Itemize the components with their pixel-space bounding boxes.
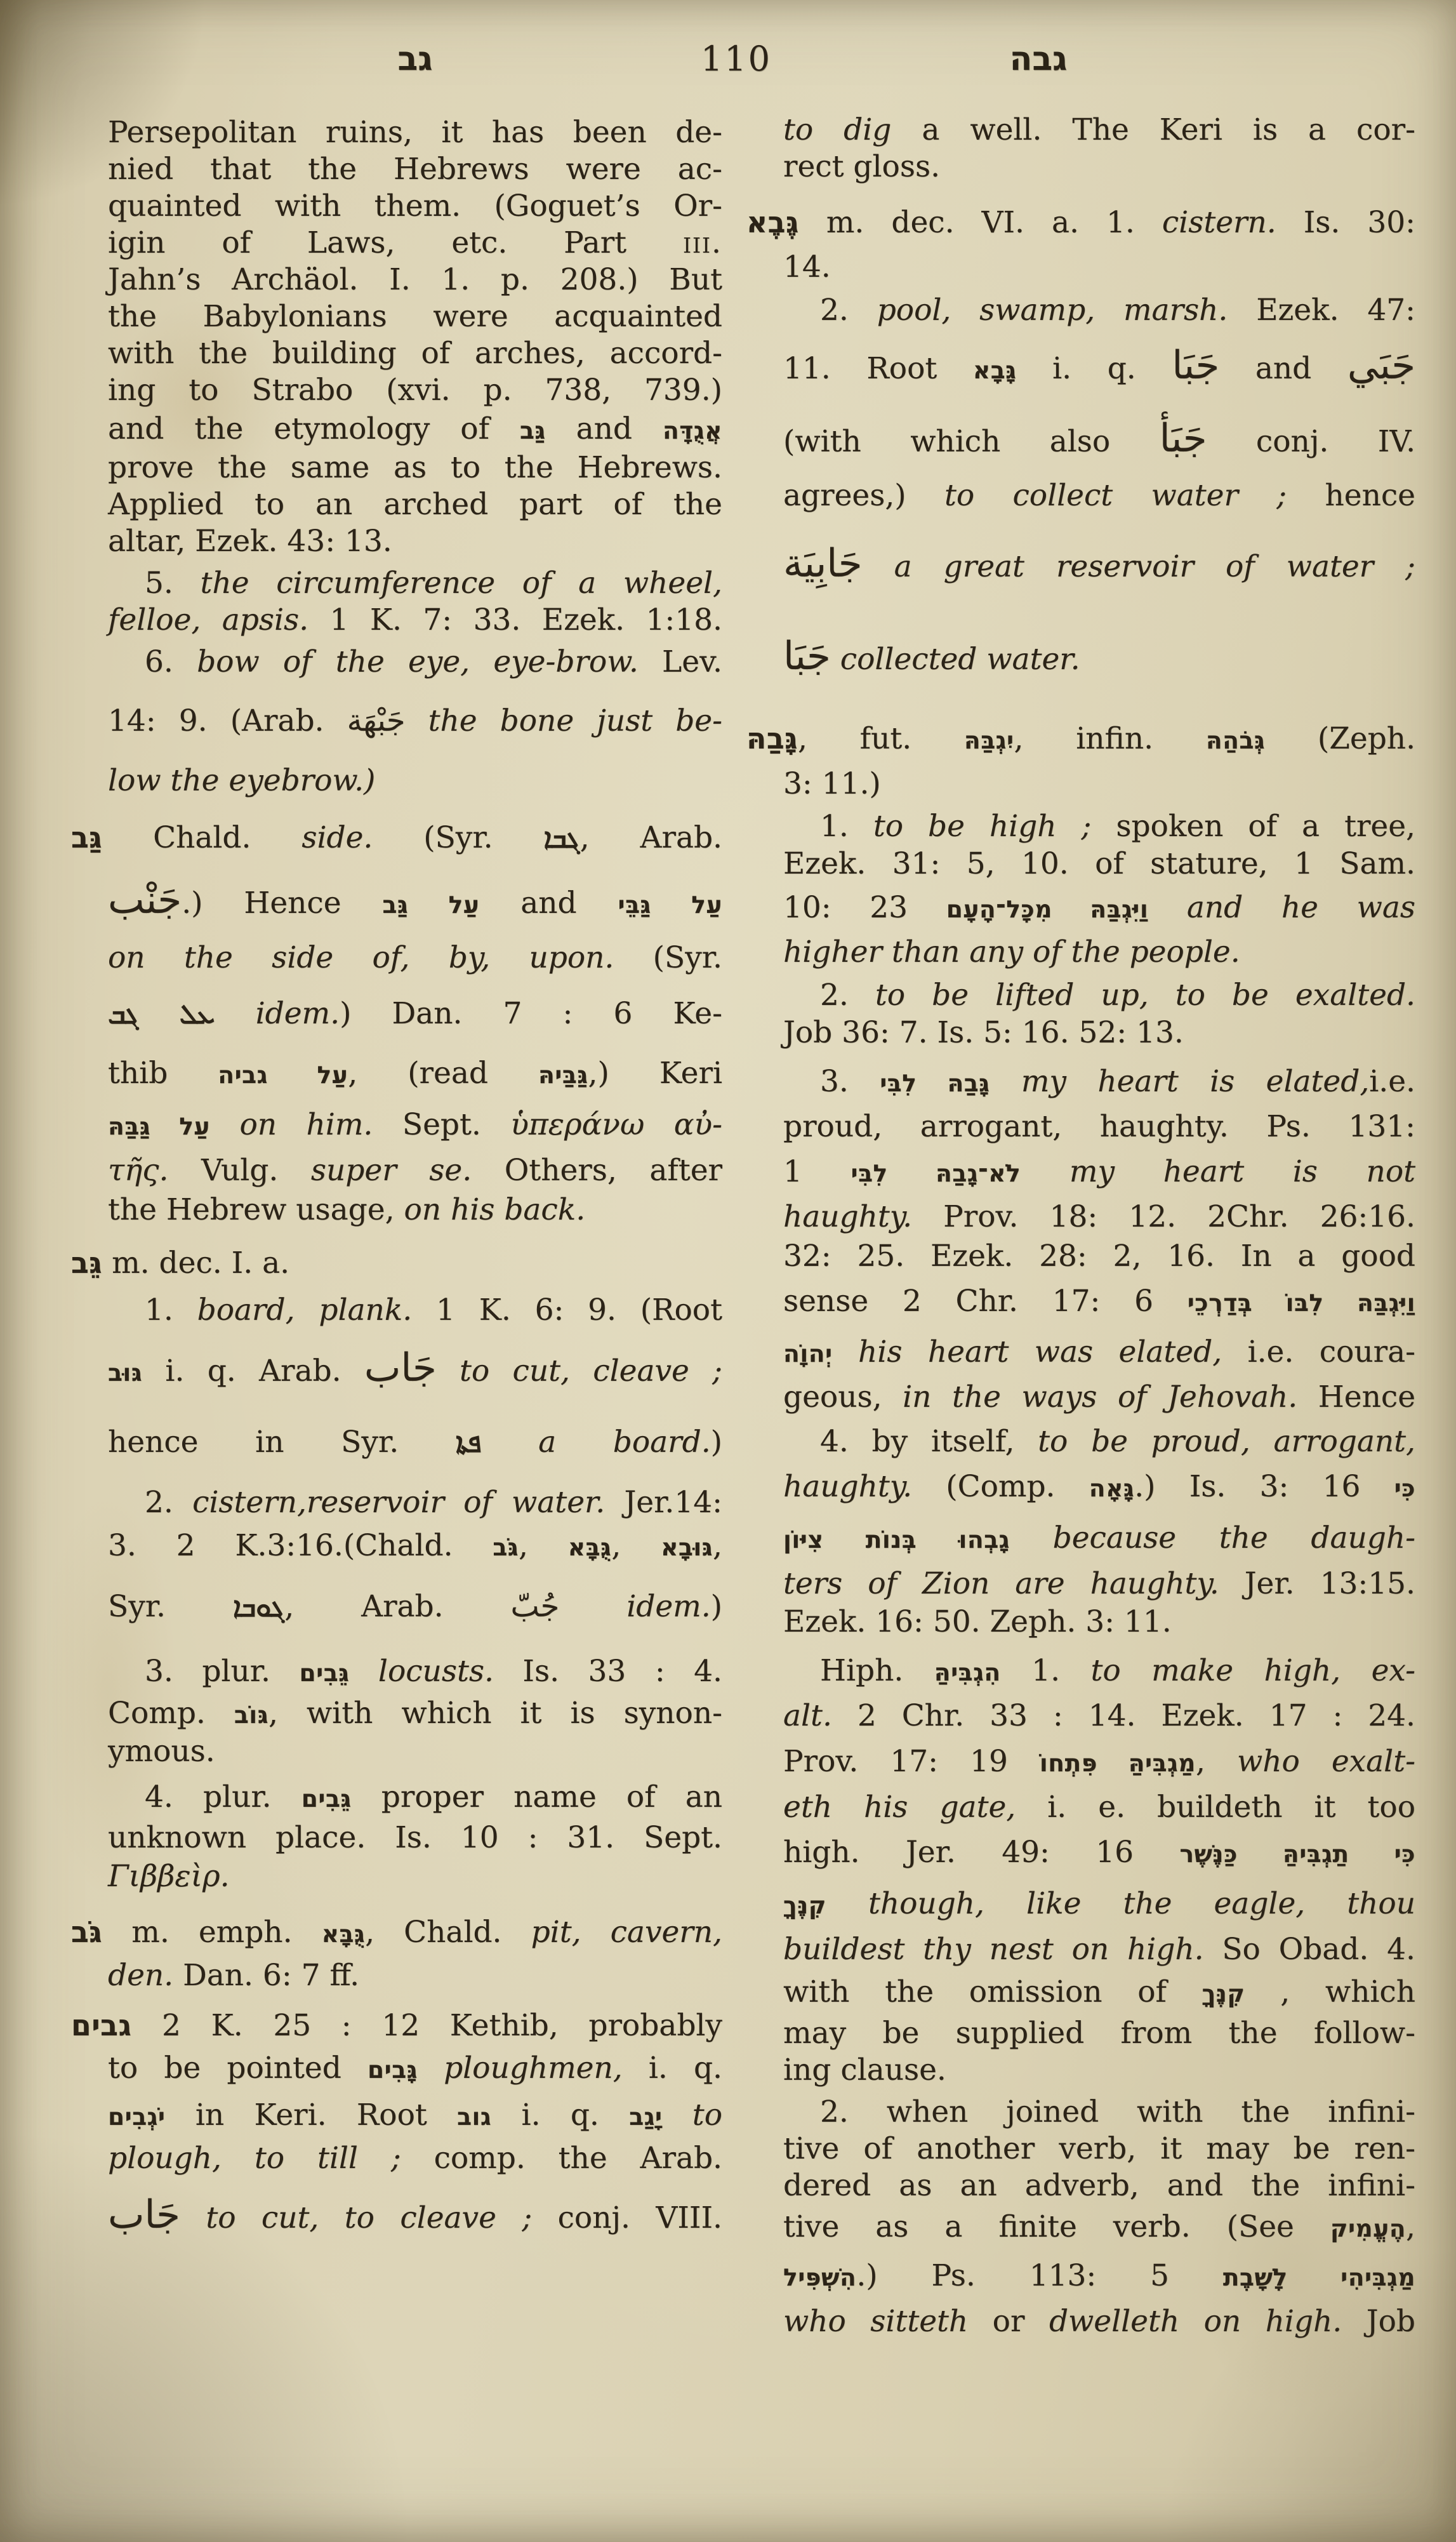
text-line: עַל גַּבַּהּ on him. Sept. ὑπεράνω αὐ-	[108, 1100, 722, 1150]
text-line: 4. by itself, to be proud, arrogant,	[783, 1422, 1415, 1461]
text-line: גבים 2 K. 25 : 12 Kethib, probably	[108, 2006, 722, 2046]
gabah-sense-1-high: 1. to be high ; spoken of a tree,Ezek. 3…	[783, 808, 1415, 971]
text-line: higher than any of the people.	[783, 933, 1415, 971]
body-text: Jer. 13:15.	[1219, 1566, 1415, 1601]
body-text: with the omission of	[783, 1974, 1202, 2009]
body-text: 4. by itself,	[820, 1424, 1038, 1459]
text-line: Applied to an arched part of the	[108, 486, 722, 523]
text-line: גֵּב m. dec. I. a.	[108, 1241, 722, 1286]
body-text: 1	[783, 1154, 851, 1189]
body-text: comp. the Arab.	[401, 2141, 722, 2176]
body-text: 2. when joined with the infini-	[820, 2094, 1415, 2129]
foreign-script-text: ܓܘܒܐ	[233, 1592, 284, 1623]
text-line: who sitteth or dwelleth on high. Job	[783, 2302, 1415, 2341]
body-text: who exalt-	[1237, 1744, 1415, 1779]
body-text: (Syr.	[614, 940, 722, 975]
text-line: haughty. (Comp. גָּאָה.) Is. 3: 16 כִּי	[783, 1461, 1415, 1512]
text-line: unknown place. Is. 10 : 31. Sept.	[108, 1820, 722, 1856]
body-text: Lev.	[639, 644, 722, 679]
text-line: altar, Ezek. 43: 13.	[108, 523, 722, 560]
body-text: proud, arrogant, haughty. Ps. 131:	[783, 1109, 1415, 1144]
body-text: m. dec. VI. a. 1.	[799, 205, 1162, 240]
gabah-sense-2-exalted: 2. to be lifted up, to be exalted.Job 36…	[783, 976, 1415, 1051]
foreign-script-text: جَنْب	[108, 877, 182, 922]
body-text: agrees,)	[783, 478, 944, 513]
body-text: Jer.14:	[605, 1485, 722, 1520]
foreign-script-text: جَبَا	[783, 634, 831, 679]
text-line: جَاب to cut, to cleave ; conj. VIII.	[108, 2178, 722, 2253]
body-text: ploughmen,	[444, 2051, 623, 2086]
body-text: or	[968, 2304, 1049, 2339]
body-text: to be high ;	[873, 809, 1092, 844]
body-text: m. emph.	[102, 1915, 321, 1950]
text-line: Syr. ܓܘܒܐ, Arab. جُبّ idem.)	[108, 1569, 722, 1644]
body-text: on the side of, by, upon.	[108, 940, 614, 975]
body-text: 3: 11.)	[783, 766, 881, 801]
body-text: 1 K. 6: 9. (Root	[412, 1293, 722, 1328]
foreign-script-text: גָּאָה	[1089, 1474, 1134, 1502]
foreign-script-text: جُبّ	[511, 1589, 560, 1624]
body-text: to make high, ex-	[1091, 1653, 1415, 1688]
running-head-left-guide-word: גב	[371, 37, 460, 81]
text-line: 2. pool, swamp, marsh. Ezek. 47:	[783, 291, 1415, 330]
foreign-script-text: جَبَأ	[1160, 416, 1207, 461]
body-text: 1.	[820, 809, 873, 844]
body-text: and	[1219, 351, 1347, 386]
body-text: ing to Strabo (xvi. p. 738, 739.)	[108, 373, 722, 408]
text-line: Γιββεὶρ.	[108, 1856, 722, 1897]
text-line: the Hebrew usage, on his back.	[108, 1191, 722, 1229]
foreign-script-text: جَبْهَة	[347, 703, 406, 738]
hiphil-sense-2-infinitive: 2. when joined with the infini-tive of a…	[783, 2094, 1415, 2341]
body-text: , Arab.	[580, 820, 722, 855]
text-line: the Babylonians were acquainted	[108, 298, 722, 335]
body-text: Applied to an arched part of the	[108, 487, 722, 522]
body-text: , fut.	[798, 721, 964, 756]
text-line: 1. to be high ; spoken of a tree,	[783, 808, 1415, 846]
body-text: i. q.	[1016, 351, 1172, 386]
text-line: proud, arrogant, haughty. Ps. 131:	[783, 1107, 1415, 1147]
body-text: Syr.	[108, 1589, 233, 1624]
text-line: ing to Strabo (xvi. p. 738, 739.)	[108, 372, 722, 409]
body-text: ,	[1406, 2209, 1415, 2244]
body-text: collected water.	[840, 642, 1080, 677]
body-text: tive as a finite verb. (See	[783, 2209, 1330, 2244]
text-line: to be pointed גָּבִים ploughmen, i. q.	[108, 2046, 722, 2091]
entry-geb: גֵּב m. dec. I. a.	[108, 1241, 722, 1286]
body-text: , with which it is synon-	[268, 1696, 722, 1731]
body-text: , Arab.	[284, 1589, 510, 1624]
body-text: haughty.	[783, 1199, 912, 1234]
body-text: hence in Syr.	[108, 1425, 456, 1460]
foreign-script-text: כִּי	[1394, 1474, 1415, 1502]
body-text: Prov. 17: 19	[783, 1744, 1040, 1779]
foreign-script-text: גָבְהוּ בְּנוֹת צִיּוֹן	[783, 1526, 1010, 1554]
body-text: .) Hence	[182, 886, 382, 921]
foreign-script-text: جَابِيَة	[783, 541, 863, 586]
body-text: Ezek. 47:	[1228, 293, 1415, 328]
text-line: ters of Zion are haughty. Jer. 13:15.	[783, 1564, 1415, 1604]
gabah-sense-4-proud: 4. by itself, to be proud, arrogant,haug…	[783, 1422, 1415, 1640]
text-line: גּוּב i. q. Arab. جَاب to cut, cleave ;	[108, 1329, 722, 1407]
foreign-script-text: קִנֶּךָ	[1202, 1980, 1245, 2007]
text-line: جَابِيَة a great reservoir of water ;	[783, 516, 1415, 612]
foreign-script-text: גַּבַּיהּ	[538, 1061, 588, 1089]
body-text	[418, 2051, 444, 2086]
foreign-script-text: עַל גביה	[218, 1061, 348, 1089]
body-text: dwelleth on high.	[1049, 2304, 1342, 2339]
body-text: though, like the eagle, thou	[868, 1886, 1415, 1921]
body-text: the bone just be-	[406, 703, 722, 738]
body-text: thib	[108, 1056, 218, 1091]
text-line: felloe, apsis. 1 K. 7: 33. Ezek. 1:18.	[108, 602, 722, 639]
entry-gob: גֹּב m. emph. גֻּבָּא, Chald. pit, caver…	[108, 1908, 722, 1995]
foreign-script-text: جَاب	[364, 1345, 437, 1390]
text-line: ymous.	[108, 1733, 722, 1770]
body-text: sense 2 Chr. 17: 6	[783, 1284, 1188, 1319]
body-text: conj. VIII.	[532, 2200, 722, 2235]
body-text: to be lifted up, to be exalted.	[875, 978, 1415, 1013]
text-line: 32: 25. Ezek. 28: 2, 16. In a good	[783, 1237, 1415, 1276]
body-text	[481, 1425, 538, 1460]
body-text: ,) Keri	[588, 1056, 722, 1091]
entry-gab-chald: גַּב Chald. side. (Syr. ܓܒܐ, Arab.جَنْب.…	[108, 811, 722, 1229]
foreign-script-text: כִּי תַגְבִּיהַּ כַּנֶּשֶׁר	[1179, 1840, 1415, 1868]
text-line: den. Dan. 6: 7 ff.	[108, 1957, 722, 1995]
foreign-script-text: וַיִּגְבַּהּ לִבּוֹ בְּדַרְכֵי	[1188, 1289, 1415, 1317]
body-text: high. Jer. 49: 16	[783, 1835, 1179, 1870]
body-text: a board.	[538, 1425, 711, 1460]
text-line: 2. when joined with the infini-	[783, 2094, 1415, 2131]
foreign-script-text: אֲגֻדָּה	[663, 416, 722, 444]
body-text: dered as an adverb, and the infini-	[783, 2168, 1415, 2203]
body-text: to be proud, arrogant,	[1038, 1424, 1415, 1459]
foreign-script-text: גֵּב	[71, 1246, 102, 1280]
foreign-script-text: מַגְבִּיהַּ פִּתְחוֹ	[1040, 1749, 1196, 1777]
foreign-script-text: גבים	[71, 2009, 131, 2042]
body-text: low the eyebrow.)	[108, 763, 375, 798]
text-line: haughty. Prov. 18: 12. 2Chr. 26:16.	[783, 1197, 1415, 1237]
text-line: Comp. גּוֹב, with which it is synon-	[108, 1694, 722, 1733]
left-column: Persepolitan ruins, it has been de-nied …	[108, 114, 722, 2253]
body-text: 3. 2 K.3:16.(Chald.	[108, 1528, 493, 1563]
right-column: to dig a well. The Keri is a cor-rect gl…	[783, 112, 1415, 2341]
body-text: alt.	[783, 1698, 832, 1733]
text-line: 5. the circumference of a wheel,	[108, 565, 722, 602]
body-text: pool, swamp, marsh.	[877, 293, 1228, 328]
body-text: may be supplied from the follow-	[783, 2016, 1415, 2051]
text-line: 14: 9. (Arab. جَبْهَة the bone just be-	[108, 681, 722, 762]
text-line: جَبَا collected water.	[783, 612, 1415, 701]
body-text: buildest thy nest on high.	[783, 1932, 1204, 1967]
body-text: a well. The Keri is a cor-	[891, 112, 1415, 147]
foreign-script-text: קִנֶּךָ	[783, 1891, 826, 1919]
body-text	[1010, 1521, 1053, 1555]
text-line: ܥܠ ܓܒ idem.) Dan. 7 : 6 Ke-	[108, 980, 722, 1048]
body-text: Γιββεὶρ.	[108, 1859, 230, 1894]
foreign-script-text: גֻּבָּא	[568, 1533, 612, 1561]
body-text: 3.	[820, 1064, 880, 1099]
body-text	[349, 1654, 378, 1689]
body-text: in the ways of Jehovah.	[903, 1380, 1297, 1414]
body-text: 6.	[145, 644, 197, 679]
page-number: 110	[689, 37, 784, 81]
body-text: Comp.	[108, 1696, 234, 1731]
text-line: high. Jer. 49: 16 כִּי תַגְבִּיהַּ כַּנֶ…	[783, 1827, 1415, 1878]
body-text: felloe, apsis.	[108, 602, 308, 637]
foreign-script-text: גֵּבִים	[299, 1659, 349, 1687]
foreign-script-text: מַגְבִּיהִי לָשָׁבֶת	[1223, 2263, 1415, 2291]
text-line: 1. board, plank. 1 K. 6: 9. (Root	[108, 1291, 722, 1329]
foreign-script-text: לֹא־גָבַהּ לִבִּי	[851, 1159, 1021, 1187]
body-text: 3. plur.	[145, 1654, 299, 1689]
text-line: 1 לֹא־גָבַהּ לִבִּי my heart is not	[783, 1147, 1415, 1197]
foreign-script-text: גּוֹב	[234, 1701, 268, 1729]
body-text: ,	[611, 1528, 661, 1563]
text-line: Job 36: 7. Is. 5: 16. 52: 13.	[783, 1015, 1415, 1051]
text-line: 2. cistern,reservoir of water. Jer.14:	[108, 1483, 722, 1522]
body-text: Job 36: 7. Is. 5: 16. 52: 13.	[783, 1015, 1184, 1050]
body-text: Is. 30:	[1276, 205, 1415, 240]
foreign-script-text: ܓܒܐ	[544, 823, 580, 855]
body-text: 2 Chr. 33 : 14. Ezek. 17 : 24.	[832, 1698, 1415, 1733]
body-text: i. q.	[623, 2051, 722, 2086]
foreign-script-text: ܥܠ ܓܒ	[108, 999, 215, 1030]
foreign-script-text: עַל גַּבֵּי	[618, 891, 723, 919]
body-text: to collect water ;	[944, 478, 1287, 513]
body-text: ) Dan. 7 : 6 Ke-	[340, 996, 722, 1031]
body-text	[989, 1064, 1021, 1099]
body-text	[826, 1886, 868, 1921]
body-text: geous,	[783, 1380, 903, 1414]
text-line: rect gloss.	[783, 149, 1415, 185]
text-line: יֹגְבִים in Keri. Root גוב i. q. יָגַב t…	[108, 2091, 722, 2139]
body-text: den.	[108, 1958, 173, 1993]
body-text: ὑπεράνω αὐ-	[510, 1107, 722, 1142]
body-text: Hence	[1297, 1380, 1415, 1414]
body-text: Sept.	[373, 1107, 510, 1142]
body-text: ,	[713, 1528, 722, 1563]
text-line: 4. plur. גֵּבִים proper name of an	[108, 1775, 722, 1820]
body-text: , Chald.	[365, 1915, 531, 1950]
body-text: m. dec. I. a.	[102, 1246, 289, 1281]
gebe-sense-2-pool: 2. pool, swamp, marsh. Ezek. 47:11. Root…	[783, 291, 1415, 701]
body-text: .) Is. 3: 16	[1134, 1469, 1394, 1504]
body-text: with the building of arches, accord-	[108, 336, 722, 371]
text-line: Ezek. 16: 50. Zeph. 3: 11.	[783, 1604, 1415, 1640]
text-line: to dig a well. The Keri is a cor-	[783, 112, 1415, 149]
body-text: i. q. Arab.	[142, 1354, 364, 1388]
text-line: גָבְהוּ בְּנוֹת צִיּוֹן because the daug…	[783, 1512, 1415, 1564]
text-line: quainted with them. (Goguet’s Or-	[108, 188, 722, 225]
body-text: )	[711, 1589, 722, 1624]
text-line: buildest thy nest on high. So Obad. 4.	[783, 1930, 1415, 1969]
sense-5-felloe: 5. the circumference of a wheel,felloe, …	[108, 565, 722, 639]
body-text: and he was	[1187, 890, 1415, 925]
body-text: Ezek. 31: 5, 10. of stature, 1 Sam.	[783, 846, 1415, 881]
text-line: 2. to be lifted up, to be exalted.	[783, 976, 1415, 1015]
body-text: cistern.	[1162, 205, 1276, 240]
text-line: τῆς. Vulg. super se. Others, after	[108, 1150, 722, 1191]
body-text: to be pointed	[108, 2051, 367, 2086]
text-line: גֶּבֶא m. dec. VI. a. 1. cistern. Is. 30…	[783, 197, 1415, 249]
text-line: prove the same as to the Hebrews.	[108, 449, 722, 486]
body-text	[1021, 1154, 1069, 1189]
body-text: nied that the Hebrews were ac-	[108, 152, 722, 187]
body-text: So Obad. 4.	[1204, 1932, 1415, 1967]
body-text: haughty.	[783, 1469, 912, 1504]
body-text: locusts.	[378, 1654, 494, 1689]
foreign-script-text: גֻּבָּא	[322, 1920, 366, 1948]
entry-gebim-kethib: גבים 2 K. 25 : 12 Kethib, probablyto be …	[108, 2006, 722, 2253]
foreign-script-text: גּוּב	[108, 1359, 142, 1387]
foreign-script-text: ܦܬܐ	[456, 1427, 482, 1459]
text-line: Persepolitan ruins, it has been de-	[108, 114, 722, 151]
body-text: i. e. buildeth it too	[1016, 1790, 1415, 1825]
body-text	[180, 2200, 206, 2235]
foreign-script-text: גָּבִים	[367, 2056, 418, 2084]
body-text: Is. 33 : 4.	[494, 1654, 722, 1689]
body-text: 1.	[145, 1293, 197, 1328]
body-text: 2.	[820, 978, 875, 1013]
body-text: Persepolitan ruins, it has been de-	[108, 115, 722, 150]
body-text: to dig	[783, 112, 891, 147]
body-text: 14: 9. (Arab.	[108, 703, 347, 738]
body-text: cistern,reservoir of water.	[192, 1485, 605, 1520]
body-text: prove the same as to the Hebrews.	[108, 450, 722, 485]
body-text: spoken of a tree,	[1091, 809, 1415, 844]
body-text: in Keri. Root	[166, 2098, 458, 2133]
body-text: Prov. 18: 12. 2Chr. 26:16.	[912, 1199, 1415, 1234]
body-text: Chald.	[102, 820, 301, 855]
body-text: conj. IV.	[1207, 424, 1416, 459]
body-text: Hiph.	[820, 1653, 934, 1688]
body-text: the circumference of a wheel,	[201, 566, 722, 601]
text-line: 3. 2 K.3:16.(Chald. גֹּב, גֻּבָּא, גּוּב…	[108, 1522, 722, 1569]
body-text	[559, 1589, 626, 1624]
body-text: 10: 23	[783, 890, 946, 925]
foreign-script-text: גוב	[457, 2103, 491, 2131]
body-text: eth his gate,	[783, 1790, 1016, 1825]
body-text: to cut, cleave ;	[437, 1354, 722, 1388]
foreign-script-text: جَبَا	[1172, 343, 1219, 388]
gabah-hiphil: Hiph. הִגְבִּיהַּ 1. to make high, ex-al…	[783, 1646, 1415, 2089]
body-text: super se.	[311, 1153, 472, 1188]
body-text: on his back.	[404, 1192, 585, 1227]
body-text: .) Ps. 113: 5	[856, 2258, 1223, 2293]
foreign-script-text: גֵּבִים	[301, 1785, 352, 1813]
text-line: 6. bow of the eye, eye-brow. Lev.	[108, 644, 722, 681]
body-text: the Hebrew usage,	[108, 1192, 404, 1227]
body-text: board, plank.	[197, 1293, 413, 1328]
body-text	[215, 996, 256, 1031]
foreign-script-text: עַל גַּב	[382, 891, 479, 919]
foreign-script-text: גָּבָא	[973, 356, 1017, 384]
body-text: 32: 25. Ezek. 28: 2, 16. In a good	[783, 1239, 1415, 1274]
body-text: idem.	[256, 996, 340, 1031]
body-text: τῆς.	[108, 1153, 168, 1188]
sense-6-eyebrow: 6. bow of the eye, eye-brow. Lev.14: 9. …	[108, 644, 722, 800]
text-line: 3: 11.)	[783, 766, 1415, 802]
body-text: altar, Ezek. 43: 13.	[108, 524, 392, 559]
body-text: hence	[1287, 478, 1415, 513]
foreign-script-text: גֹּב	[493, 1533, 519, 1561]
text-line: קִנֶּךָ though, like the eagle, thou	[783, 1878, 1415, 1930]
foreign-script-text: יֹגְבִים	[108, 2103, 166, 2131]
body-text: bow of the eye, eye-brow.	[197, 644, 639, 679]
body-text: ,	[1196, 1744, 1237, 1779]
body-text: higher than any of the people.	[783, 935, 1240, 969]
body-text	[210, 1107, 240, 1142]
body-text: 1 K. 7: 33. Ezek. 1:18.	[308, 602, 722, 637]
body-text: plough, to till ;	[108, 2141, 401, 2176]
body-text	[1148, 890, 1187, 925]
body-text: Ezek. 16: 50. Zeph. 3: 11.	[783, 1604, 1172, 1639]
body-text: iii.	[683, 225, 722, 260]
text-line: (with which also جَبَأ conj. IV.	[783, 401, 1415, 476]
text-line: igin of Laws, etc. Part iii.	[108, 225, 722, 262]
body-text: 1.	[1001, 1653, 1091, 1688]
text-line: sense 2 Chr. 17: 6 וַיִּגְבַּהּ לִבּוֹ ב…	[783, 1276, 1415, 1327]
text-line: nied that the Hebrews were ac-	[108, 151, 722, 188]
continuation-dig-well: to dig a well. The Keri is a cor-rect gl…	[783, 112, 1415, 185]
body-text: a great reservoir of water ;	[894, 549, 1415, 584]
text-line: 10: 23 וַיִּגְבַּהּ מִכָּל־הָעָם and he …	[783, 882, 1415, 933]
foreign-script-text: גֶּבֶא	[746, 206, 799, 239]
foreign-script-text: יְהוָֹה	[783, 1340, 833, 1367]
foreign-script-text: جَاب	[108, 2192, 180, 2237]
body-text: unknown place. Is. 10 : 31. Sept.	[108, 1820, 722, 1855]
body-text: 2.	[820, 293, 877, 328]
foreign-script-text: הִגְבִּיהַּ	[934, 1658, 1001, 1686]
text-line: 3. plur. גֵּבִים locusts. Is. 33 : 4.	[108, 1649, 722, 1694]
body-text: 14.	[783, 250, 831, 284]
text-line: agrees,) to collect water ; hence	[783, 476, 1415, 516]
foreign-script-text: וַיִּגְבַּהּ מִכָּל־הָעָם	[946, 895, 1149, 923]
body-text: to cut, to cleave ;	[206, 2200, 532, 2235]
geb-sense-4-place: 4. plur. גֵּבִים proper name of anunknow…	[108, 1775, 722, 1897]
body-text: and	[479, 886, 618, 921]
body-text: his heart was elated,	[858, 1334, 1222, 1369]
geb-sense-1-board: 1. board, plank. 1 K. 6: 9. (Rootגּוּב i…	[108, 1291, 722, 1478]
foreign-script-text: הִשְׁפִּיל	[783, 2263, 856, 2291]
body-text: who sitteth	[783, 2304, 968, 2339]
body-text: my heart is not	[1069, 1154, 1415, 1189]
body-text: quainted with them. (Goguet’s Or-	[108, 189, 722, 223]
text-line: on the side of, by, upon. (Syr.	[108, 936, 722, 980]
text-line: geous, in the ways of Jehovah. Hence	[783, 1378, 1415, 1417]
foreign-script-text: גֹּב	[71, 1915, 102, 1949]
geb-sense-3-locusts: 3. plur. גֵּבִים locusts. Is. 33 : 4.Com…	[108, 1649, 722, 1770]
body-text	[831, 642, 840, 677]
body-text: , (read	[348, 1056, 538, 1091]
body-text: because the daugh-	[1053, 1521, 1415, 1555]
body-text: , infin.	[1014, 721, 1206, 756]
foreign-script-text: גּוּבָא	[661, 1533, 713, 1561]
body-text: 2 K. 25 : 12 Kethib, probably	[131, 2008, 722, 2043]
body-text: 11. Root	[783, 351, 973, 386]
body-text: 2.	[145, 1485, 192, 1520]
text-line: 3. גָּבַהּ לִבִּי my heart is elated,i.e…	[783, 1056, 1415, 1107]
body-text: Job	[1342, 2304, 1415, 2339]
foreign-script-text: יִגְבַּהּ	[964, 726, 1014, 754]
body-text: , which	[1245, 1974, 1415, 2009]
body-text: idem.	[626, 1589, 710, 1624]
text-line: with the omission of קִנֶּךָ , which	[783, 1969, 1415, 2015]
text-line: thib עַל גביה, (read גַּבַּיהּ,) Keri	[108, 1048, 722, 1100]
text-line: جَنْب.) Hence עַל גַּב and עַל גַּבֵּי	[108, 865, 722, 936]
body-text: i. q.	[491, 2098, 629, 2133]
